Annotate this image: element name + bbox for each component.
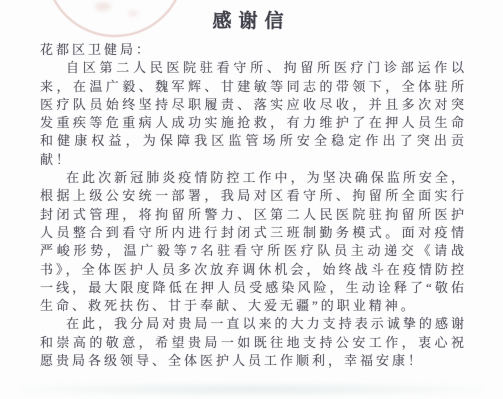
- letter-document: 感谢信 花都区卫健局： 自区第二人民医院驻看守所、拘留所医疗门诊部运作以来，在温…: [0, 0, 503, 399]
- letter-paragraph-1: 自区第二人民医院驻看守所、拘留所医疗门诊部运作以来，在温广毅、魏军辉、甘建敏等同…: [40, 59, 467, 169]
- scan-shadow: [20, 383, 485, 396]
- letter-paragraph-2: 在此次新冠肺炎疫情防控工作中，为坚决确保监所安全，根据上级公安统一部署，我局对区…: [40, 169, 467, 315]
- letter-body: 花都区卫健局： 自区第二人民医院驻看守所、拘留所医疗门诊部运作以来，在温广毅、魏…: [40, 41, 467, 370]
- letter-title: 感谢信: [0, 6, 503, 33]
- letter-paragraph-3: 在此，我分局对贵局一直以来的大力支持表示诚挚的感谢和崇高的敬意，希望贵局一如既往…: [40, 315, 467, 370]
- letter-salutation: 花都区卫健局：: [40, 41, 467, 59]
